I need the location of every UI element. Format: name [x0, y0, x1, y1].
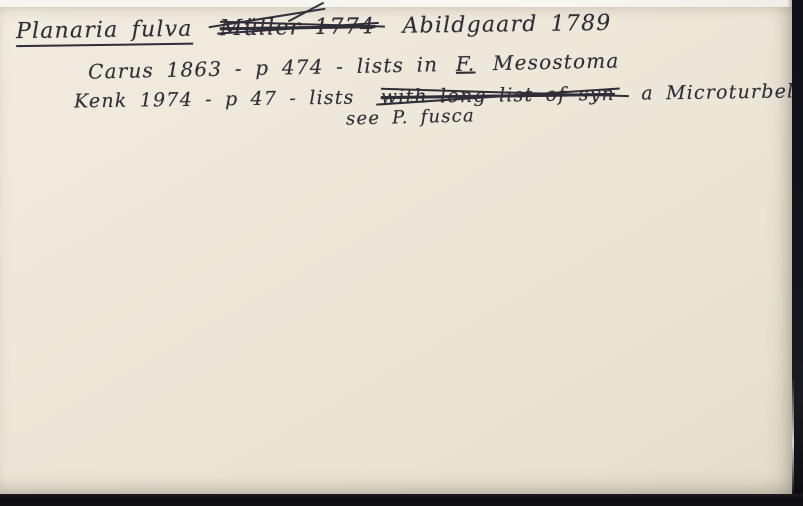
classification-note: a Microturbellarian [641, 80, 803, 105]
struck-author-date: Müller 1774 [220, 14, 376, 41]
struck-note: with long list of syn [381, 83, 616, 108]
handwritten-line-carus-citation: Carus 1863 - p 474 - lists in F. Mesosto… [88, 48, 620, 83]
scan-right-edge [792, 0, 803, 506]
see-reference-note: see P. fusca [346, 105, 475, 129]
scanned-card-photo: Planaria fulva Müller 1774 Abildgaard 17… [0, 0, 803, 506]
card-edge-highlight [792, 376, 794, 496]
genus-name: Mesostoma [493, 48, 620, 75]
species-name: Planaria fulva [16, 17, 193, 47]
index-card: Planaria fulva Müller 1774 Abildgaard 17… [0, 7, 792, 494]
handwritten-line-cross-reference: see P. fusca [346, 105, 475, 129]
backing-sheet-top-edge [0, 0, 803, 7]
scan-bottom-edge [0, 494, 803, 506]
handwritten-line-title: Planaria fulva Müller 1774 Abildgaard 17… [16, 11, 612, 47]
citation-text: Kenk 1974 - p 47 - lists [74, 87, 355, 113]
genus-abbreviation: F. [456, 51, 476, 75]
author-date: Abildgaard 1789 [402, 11, 611, 39]
citation-text: Carus 1863 - p 474 - lists in [88, 52, 439, 83]
